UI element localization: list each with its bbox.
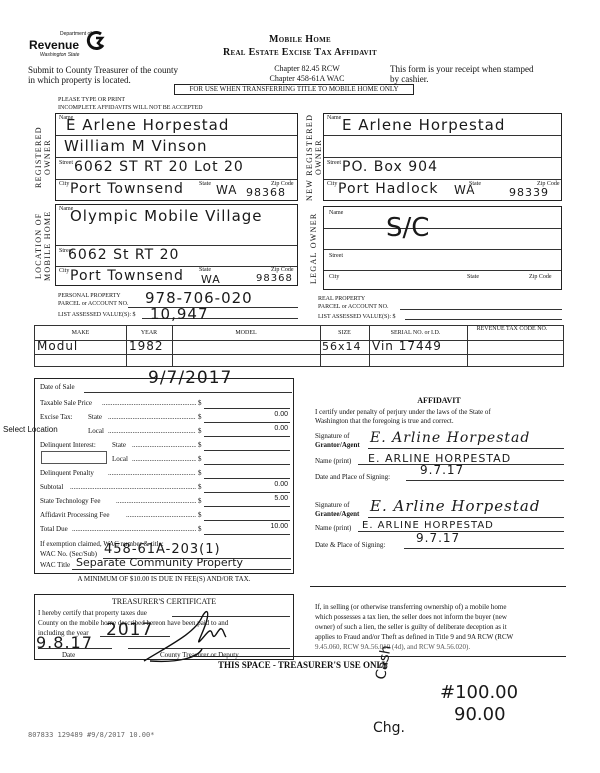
zip-label: Zip Code	[529, 274, 552, 280]
excise-state-value[interactable]: 0.00	[204, 411, 290, 423]
delinquent-local-label: Local	[112, 455, 128, 463]
vehicle-row: Modul 1982 56x14 Vin 17449	[35, 340, 563, 354]
treasurer-date-line	[38, 645, 112, 649]
city-label: City	[59, 268, 69, 274]
grantor-name-label: Name (print)	[315, 457, 351, 465]
affidavit-statement-2: Washington that the foregoing is true an…	[315, 417, 454, 425]
instruction-incomplete: INCOMPLETE AFFIDAVITS WILL NOT BE ACCEPT…	[58, 105, 203, 111]
date-of-sale-label: Date of Sale	[40, 383, 75, 391]
dollar-sign: $	[198, 469, 202, 477]
delinquent-state-label: State	[112, 441, 126, 449]
change-note-label: Chg.	[373, 720, 405, 736]
new-owner-street[interactable]: PO. Box 904	[342, 159, 438, 175]
dollar-sign: $	[198, 413, 202, 421]
registered-owner-label: REGISTEREDOWNER	[34, 113, 52, 201]
street-label: Street	[59, 160, 73, 166]
registered-owner-state[interactable]: WA	[216, 183, 237, 197]
size-value[interactable]: 56x14	[322, 340, 362, 353]
grantor-date[interactable]: 9.7.17	[420, 463, 464, 477]
vehicle-table-header: MAKE YEAR MODEL SIZE SERIAL NO. or I.D. …	[35, 326, 563, 340]
wac-title-value[interactable]: Separate Community Property	[76, 556, 243, 569]
treasurer-line-1: I hereby certify that property taxes due	[38, 609, 147, 617]
grantee-signature-label-1: Signature of	[315, 501, 349, 509]
treasurer-use-title: THIS SPACE - TREASURER'S USE ONLY	[218, 660, 388, 670]
real-assessed-label: LIST ASSESSED VALUE(S): $	[318, 314, 396, 320]
location-city[interactable]: Port Townsend	[70, 268, 184, 284]
header-serial: SERIAL NO. or I.D.	[369, 330, 462, 336]
dollar-sign: $	[198, 525, 202, 533]
grantee-date[interactable]: 9.7.17	[416, 531, 460, 545]
cash-note-value: #100.00	[440, 682, 518, 703]
submit-note-1: Submit to County Treasurer of the county	[28, 65, 178, 75]
warning-text-1: If, in selling (or otherwise transferrin…	[315, 603, 506, 611]
header-year: YEAR	[126, 330, 172, 336]
delinquent-penalty-label: Delinquent Penalty	[40, 469, 94, 477]
location-state[interactable]: WA	[201, 273, 221, 286]
real-parcel-label-2: PARCEL or ACCOUNT NO.	[318, 304, 388, 310]
location-box: Name Olympic Mobile Village Street 6062 …	[55, 204, 298, 286]
street-label: Street	[327, 160, 341, 166]
excise-state-label: State	[88, 413, 102, 421]
delinquent-interest-local-row: Local ..................................…	[40, 453, 292, 467]
delinquent-penalty-row: Delinquent Penalty .....................…	[40, 467, 292, 481]
total-due-value[interactable]: 10.00	[204, 523, 290, 535]
dollar-sign: $	[198, 441, 202, 449]
processing-fee-label: Affidavit Processing Fee	[40, 511, 109, 519]
header-revenue-code: REVENUE TAX CODE NO.	[467, 326, 557, 333]
affidavit-statement-1: I certify under penalty of perjury under…	[315, 408, 491, 416]
excise-state-row: Excise Tax: State ......................…	[40, 411, 292, 425]
make-value[interactable]: Modul	[37, 339, 78, 353]
new-owner-state[interactable]: WA	[454, 183, 475, 197]
dollar-sign: $	[198, 455, 202, 463]
taxable-price-value[interactable]	[204, 397, 290, 409]
submit-note-2: in which property is located.	[28, 75, 131, 85]
treasurer-date-label: Date	[62, 651, 75, 659]
registered-owner-city[interactable]: Port Townsend	[70, 181, 184, 197]
legal-owner-label: LEGAL OWNER	[309, 206, 318, 290]
grantee-signature[interactable]: E. Arline Horpestad	[370, 497, 540, 515]
dollar-sign: $	[198, 511, 202, 519]
tech-fee-label: State Technology Fee	[40, 497, 100, 505]
vehicle-table: MAKE YEAR MODEL SIZE SERIAL NO. or I.D. …	[34, 325, 564, 367]
registered-owner-box: Name E Arlene Horpestad William M Vinson…	[55, 113, 298, 201]
grantee-name-label: Name (print)	[315, 524, 351, 532]
wac-title-label: WAC Title	[40, 561, 70, 569]
name-label: Name	[327, 115, 341, 121]
grantor-signature[interactable]: E. Arline Horpestad	[370, 430, 530, 446]
excise-local-value[interactable]: 0.00	[204, 425, 290, 437]
transfer-banner: FOR USE WHEN TRANSFERRING TITLE TO MOBIL…	[174, 84, 414, 95]
real-parcel-line[interactable]	[400, 302, 562, 310]
instruction-print: PLEASE TYPE OR PRINT	[58, 97, 125, 103]
change-note-value: 90.00	[454, 704, 506, 725]
new-owner-zip[interactable]: 98339	[509, 186, 549, 199]
affidavit-divider	[310, 586, 566, 587]
year-value[interactable]: 1982	[129, 339, 164, 353]
legal-owner-box: Name S/C Street City State Zip Code	[323, 206, 562, 290]
excise-tax-label: Excise Tax:	[40, 413, 73, 421]
receipt-stamp: 807833 129489 #9/8/2017 10.00*	[28, 731, 154, 739]
header-size: SIZE	[320, 330, 369, 336]
state-label: State	[199, 181, 211, 187]
location-name[interactable]: Olympic Mobile Village	[70, 207, 263, 225]
taxable-price-label: Taxable Sale Price	[40, 399, 92, 407]
header-make: MAKE	[35, 330, 126, 336]
tech-fee-value[interactable]: 5.00	[204, 495, 290, 507]
location-label: LOCATION OFMOBILE HOME	[34, 204, 52, 288]
new-owner-name[interactable]: E Arlene Horpestad	[342, 116, 505, 134]
warning-text-2: which possesses a tax lien, the seller d…	[315, 613, 507, 621]
location-street[interactable]: 6062 St RT 20	[68, 247, 179, 263]
registered-owner-name-2[interactable]: William M Vinson	[64, 137, 208, 155]
header-model: MODEL	[172, 330, 320, 336]
registered-owner-street[interactable]: 6062 ST RT 20 Lot 20	[74, 159, 244, 175]
chapter-wac: Chapter 458-61A WAC	[252, 74, 362, 83]
tech-fee-row: State Technology Fee ...................…	[40, 495, 292, 509]
state-label: State	[467, 274, 479, 280]
dollar-sign: $	[198, 427, 202, 435]
processing-fee-row: Affidavit Processing Fee ...............…	[40, 509, 292, 523]
real-parcel-label-1: REAL PROPERTY	[318, 296, 365, 302]
minimum-due-note: A MINIMUM OF $10.00 IS DUE IN FEE(S) AND…	[34, 575, 294, 583]
grantor-signature-label-2: Grantor/Agent	[315, 441, 360, 449]
personal-assessed-label: LIST ASSESSED VALUE(S): $	[58, 312, 136, 318]
location-zip[interactable]: 98368	[256, 273, 293, 284]
serial-value[interactable]: Vin 17449	[372, 339, 442, 353]
chapter-rcw: Chapter 82.45 RCW	[252, 64, 362, 73]
excise-local-label: Local	[88, 427, 104, 435]
treasurer-date[interactable]: 9.8.17	[36, 633, 93, 652]
dollar-sign: $	[198, 399, 202, 407]
warning-text-3: owner) of such a lien, the seller is gui…	[315, 623, 507, 631]
new-owner-city[interactable]: Port Hadlock	[338, 181, 438, 197]
street-label: Street	[329, 253, 343, 259]
wac-no-value[interactable]: 458-61A-203(1)	[104, 542, 221, 557]
form-title-line2: Real Estate Excise Tax Affidavit	[0, 47, 600, 58]
real-assessed-line[interactable]	[405, 312, 562, 320]
personal-parcel-label-1: PERSONAL PROPERTY	[58, 293, 121, 299]
subtotal-label: Subtotal	[40, 483, 63, 491]
excise-local-row: Local ..................................…	[40, 425, 292, 439]
subtotal-value[interactable]: 0.00	[204, 481, 290, 493]
processing-fee-value[interactable]	[204, 509, 290, 521]
grantee-signature-label-2: Grantee/Agent	[315, 510, 359, 518]
warning-text-4: applies to Fraud and/or Theft as defined…	[315, 633, 513, 641]
grantor-date-label: Date and Place of Signing:	[315, 473, 390, 481]
total-due-label: Total Due	[40, 525, 68, 533]
delinquent-interest-local-value[interactable]	[204, 453, 290, 465]
city-label: City	[329, 274, 339, 280]
taxable-price-row: Taxable Sale Price .....................…	[40, 397, 292, 411]
total-due-row: Total Due ..............................…	[40, 523, 292, 537]
grantee-name[interactable]: E. ARLINE HORPESTAD	[362, 520, 494, 531]
delinquent-penalty-value[interactable]	[204, 467, 290, 479]
name-label: Name	[329, 210, 343, 216]
dollar-sign: $	[198, 483, 202, 491]
new-registered-owner-box: Name E Arlene Horpestad Street PO. Box 9…	[323, 113, 562, 201]
receipt-note-2: by cashier.	[390, 74, 429, 84]
registered-owner-zip[interactable]: 98368	[246, 186, 286, 199]
city-label: City	[327, 181, 337, 187]
delinquent-interest-state-value[interactable]	[204, 439, 290, 451]
form-title-line1: Mobile Home	[0, 34, 600, 45]
grantee-date-label: Date & Place of Signing:	[315, 541, 385, 549]
personal-assessed-value[interactable]: 10,947	[150, 305, 209, 323]
affidavit-title: AFFIDAVIT	[314, 396, 564, 405]
personal-parcel-label-2: PARCEL or ACCOUNT NO.	[58, 301, 128, 307]
subtotal-row: Subtotal ...............................…	[40, 481, 292, 495]
delinquent-interest-label: Delinquent Interest:	[40, 441, 96, 449]
registered-owner-name[interactable]: E Arlene Horpestad	[66, 116, 229, 134]
date-of-sale-value[interactable]: 9/7/2017	[148, 368, 232, 388]
receipt-note-1: This form is your receipt when stamped	[390, 64, 533, 74]
new-registered-owner-label: NEW REGISTEREDOWNER	[305, 113, 323, 201]
dollar-sign: $	[198, 497, 202, 505]
city-label: City	[59, 181, 69, 187]
grantor-signature-label-1: Signature of	[315, 432, 349, 440]
legal-owner-name[interactable]: S/C	[386, 213, 429, 243]
